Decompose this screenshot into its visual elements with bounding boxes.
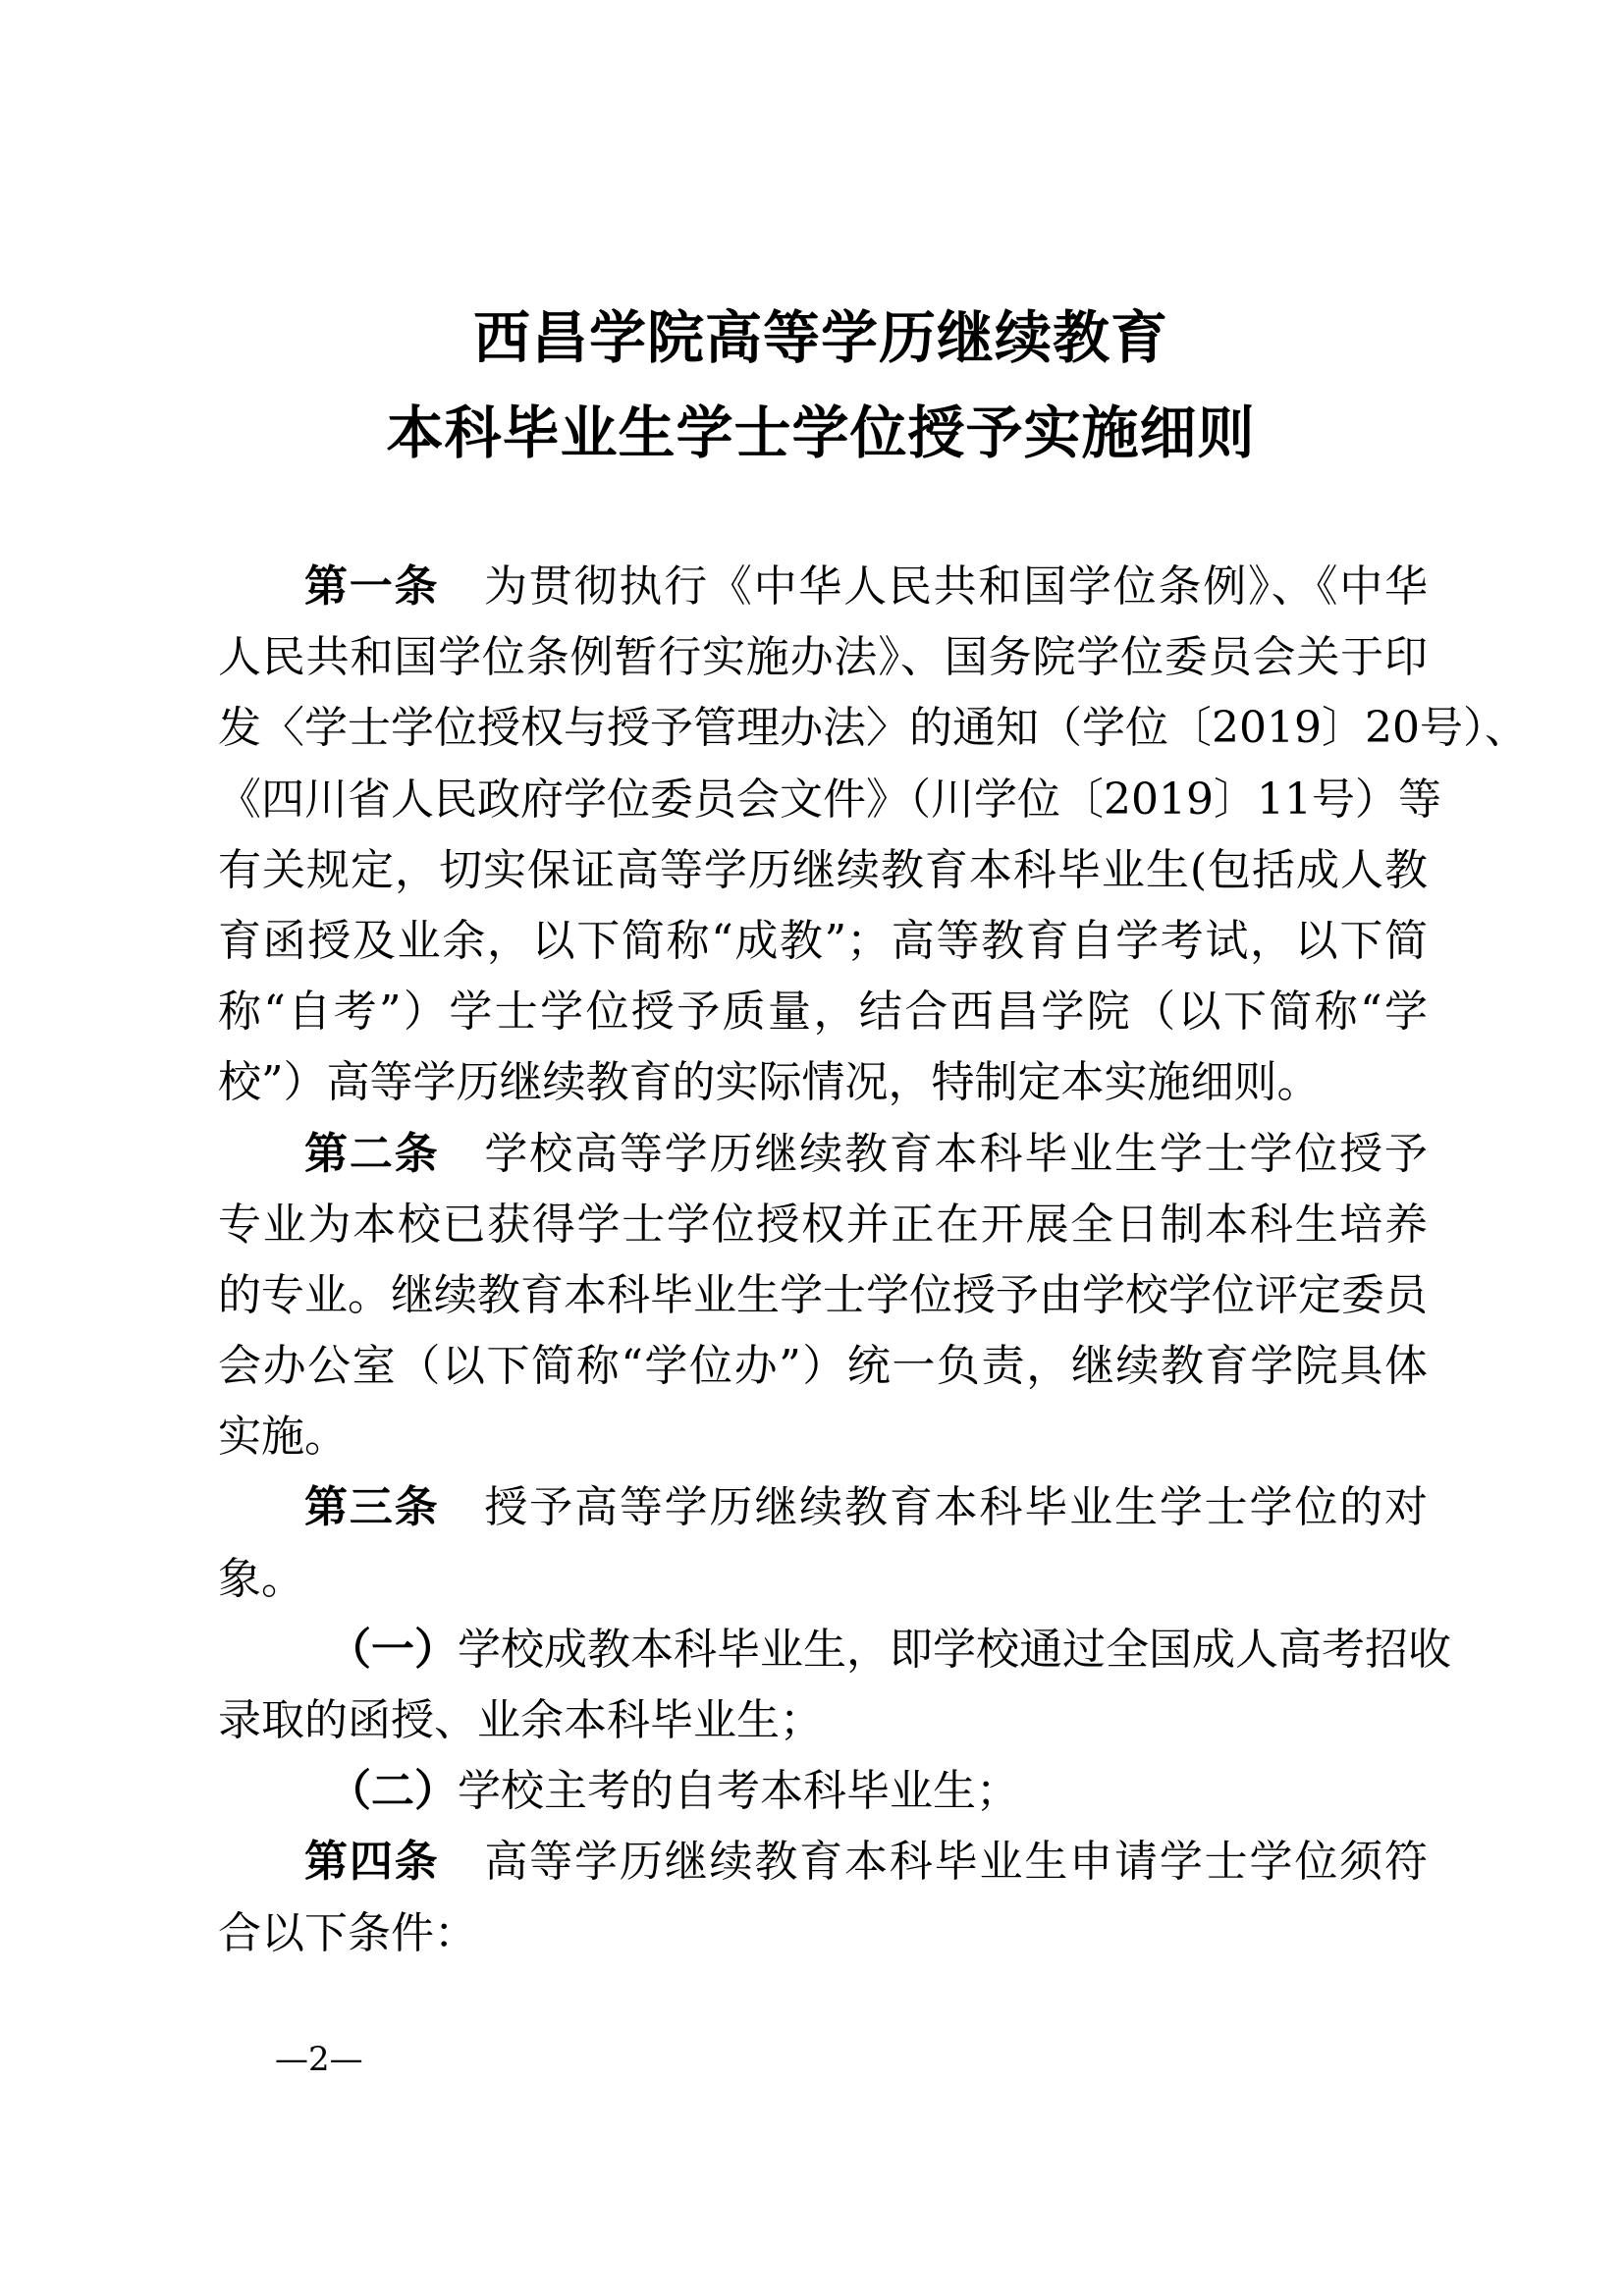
article-text: 学校高等学历继续教育本科毕业生学士学位授予	[440, 1129, 1429, 1179]
article-1-line-6: 育函授及业余，以下简称“成教”；高等教育自学考试，以下简	[218, 906, 1428, 977]
document-page: 西昌学院高等学历继续教育 本科毕业生学士学位授予实施细则 第一条 为贯彻执行《中…	[0, 0, 1624, 2296]
title-line-1: 西昌学院高等学历继续教育	[0, 291, 1624, 386]
article-1-line-1: 第一条 为贯彻执行《中华人民共和国学位条例》、《中华	[218, 552, 1428, 622]
article-1-line-2: 人民共和国学位条例暂行实施办法》、国务院学位委员会关于印	[218, 622, 1428, 693]
page-number: —2—	[275, 2038, 363, 2081]
article-text: 授予高等学历继续教育本科毕业生学士学位的对	[440, 1482, 1429, 1532]
article-1-line-5: 有关规定，切实保证高等学历继续教育本科毕业生(包括成人教	[218, 835, 1428, 906]
item-text: 学校主考的自考本科毕业生；	[458, 1766, 1019, 1816]
article-4: 第四条 高等学历继续教育本科毕业生申请学士学位须符 合以下条件：	[218, 1827, 1428, 1968]
list-item-1-line-2: 录取的函授、业余本科毕业生；	[218, 1685, 1428, 1756]
title-line-2: 本科毕业生学士学位授予实施细则	[0, 386, 1624, 481]
item-label: （一）	[328, 1625, 458, 1675]
article-1-line-4: 《四川省人民政府学位委员会文件》（川学位〔2019〕11号）等	[218, 765, 1428, 835]
list-item-1: （一）学校成教本科毕业生，即学校通过全国成人高考招收 录取的函授、业余本科毕业生…	[218, 1615, 1428, 1756]
article-label: 第一条	[304, 561, 439, 612]
article-label: 第二条	[304, 1129, 440, 1179]
document-title: 西昌学院高等学历继续教育 本科毕业生学士学位授予实施细则	[0, 291, 1624, 481]
article-4-line-2: 合以下条件：	[218, 1898, 1428, 1969]
article-text: 为贯彻执行《中华人民共和国学位条例》、《中华	[439, 561, 1428, 612]
article-3: 第三条 授予高等学历继续教育本科毕业生学士学位的对 象。 （一）学校成教本科毕业…	[218, 1472, 1428, 1827]
article-4-line-1: 第四条 高等学历继续教育本科毕业生申请学士学位须符	[218, 1827, 1428, 1897]
article-1-line-7: 称“自考”）学士学位授予质量，结合西昌学院（以下简称“学	[218, 977, 1428, 1047]
item-text: 学校成教本科毕业生，即学校通过全国成人高考招收	[458, 1625, 1451, 1675]
article-3-line-1: 第三条 授予高等学历继续教育本科毕业生学士学位的对	[218, 1472, 1428, 1543]
article-label: 第三条	[304, 1482, 440, 1532]
article-2-line-3: 的专业。继续教育本科毕业生学士学位授予由学校学位评定委员	[218, 1260, 1428, 1331]
article-1-line-8: 校”）高等学历继续教育的实际情况，特制定本实施细则。	[218, 1047, 1428, 1118]
article-2-line-2: 专业为本校已获得学士学位授权并正在开展全日制本科生培养	[218, 1190, 1428, 1260]
item-label: （二）	[328, 1766, 458, 1816]
article-2-line-1: 第二条 学校高等学历继续教育本科毕业生学士学位授予	[218, 1119, 1428, 1190]
list-item-2-line-1: （二）学校主考的自考本科毕业生；	[218, 1756, 1428, 1827]
article-text: 高等学历继续教育本科毕业生申请学士学位须符	[440, 1837, 1429, 1887]
document-body: 第一条 为贯彻执行《中华人民共和国学位条例》、《中华 人民共和国学位条例暂行实施…	[218, 552, 1428, 1969]
list-item-2: （二）学校主考的自考本科毕业生；	[218, 1756, 1428, 1827]
article-2-line-4: 会办公室（以下简称“学位办”）统一负责，继续教育学院具体	[218, 1331, 1428, 1402]
article-2-line-5: 实施。	[218, 1402, 1428, 1472]
list-item-1-line-1: （一）学校成教本科毕业生，即学校通过全国成人高考招收	[218, 1615, 1428, 1685]
article-1-line-3: 发〈学士学位授权与授予管理办法〉的通知（学位〔2019〕20号）、	[218, 693, 1428, 764]
article-1: 第一条 为贯彻执行《中华人民共和国学位条例》、《中华 人民共和国学位条例暂行实施…	[218, 552, 1428, 1119]
article-2: 第二条 学校高等学历继续教育本科毕业生学士学位授予 专业为本校已获得学士学位授权…	[218, 1119, 1428, 1473]
article-3-line-2: 象。	[218, 1544, 1428, 1615]
article-label: 第四条	[304, 1837, 440, 1887]
